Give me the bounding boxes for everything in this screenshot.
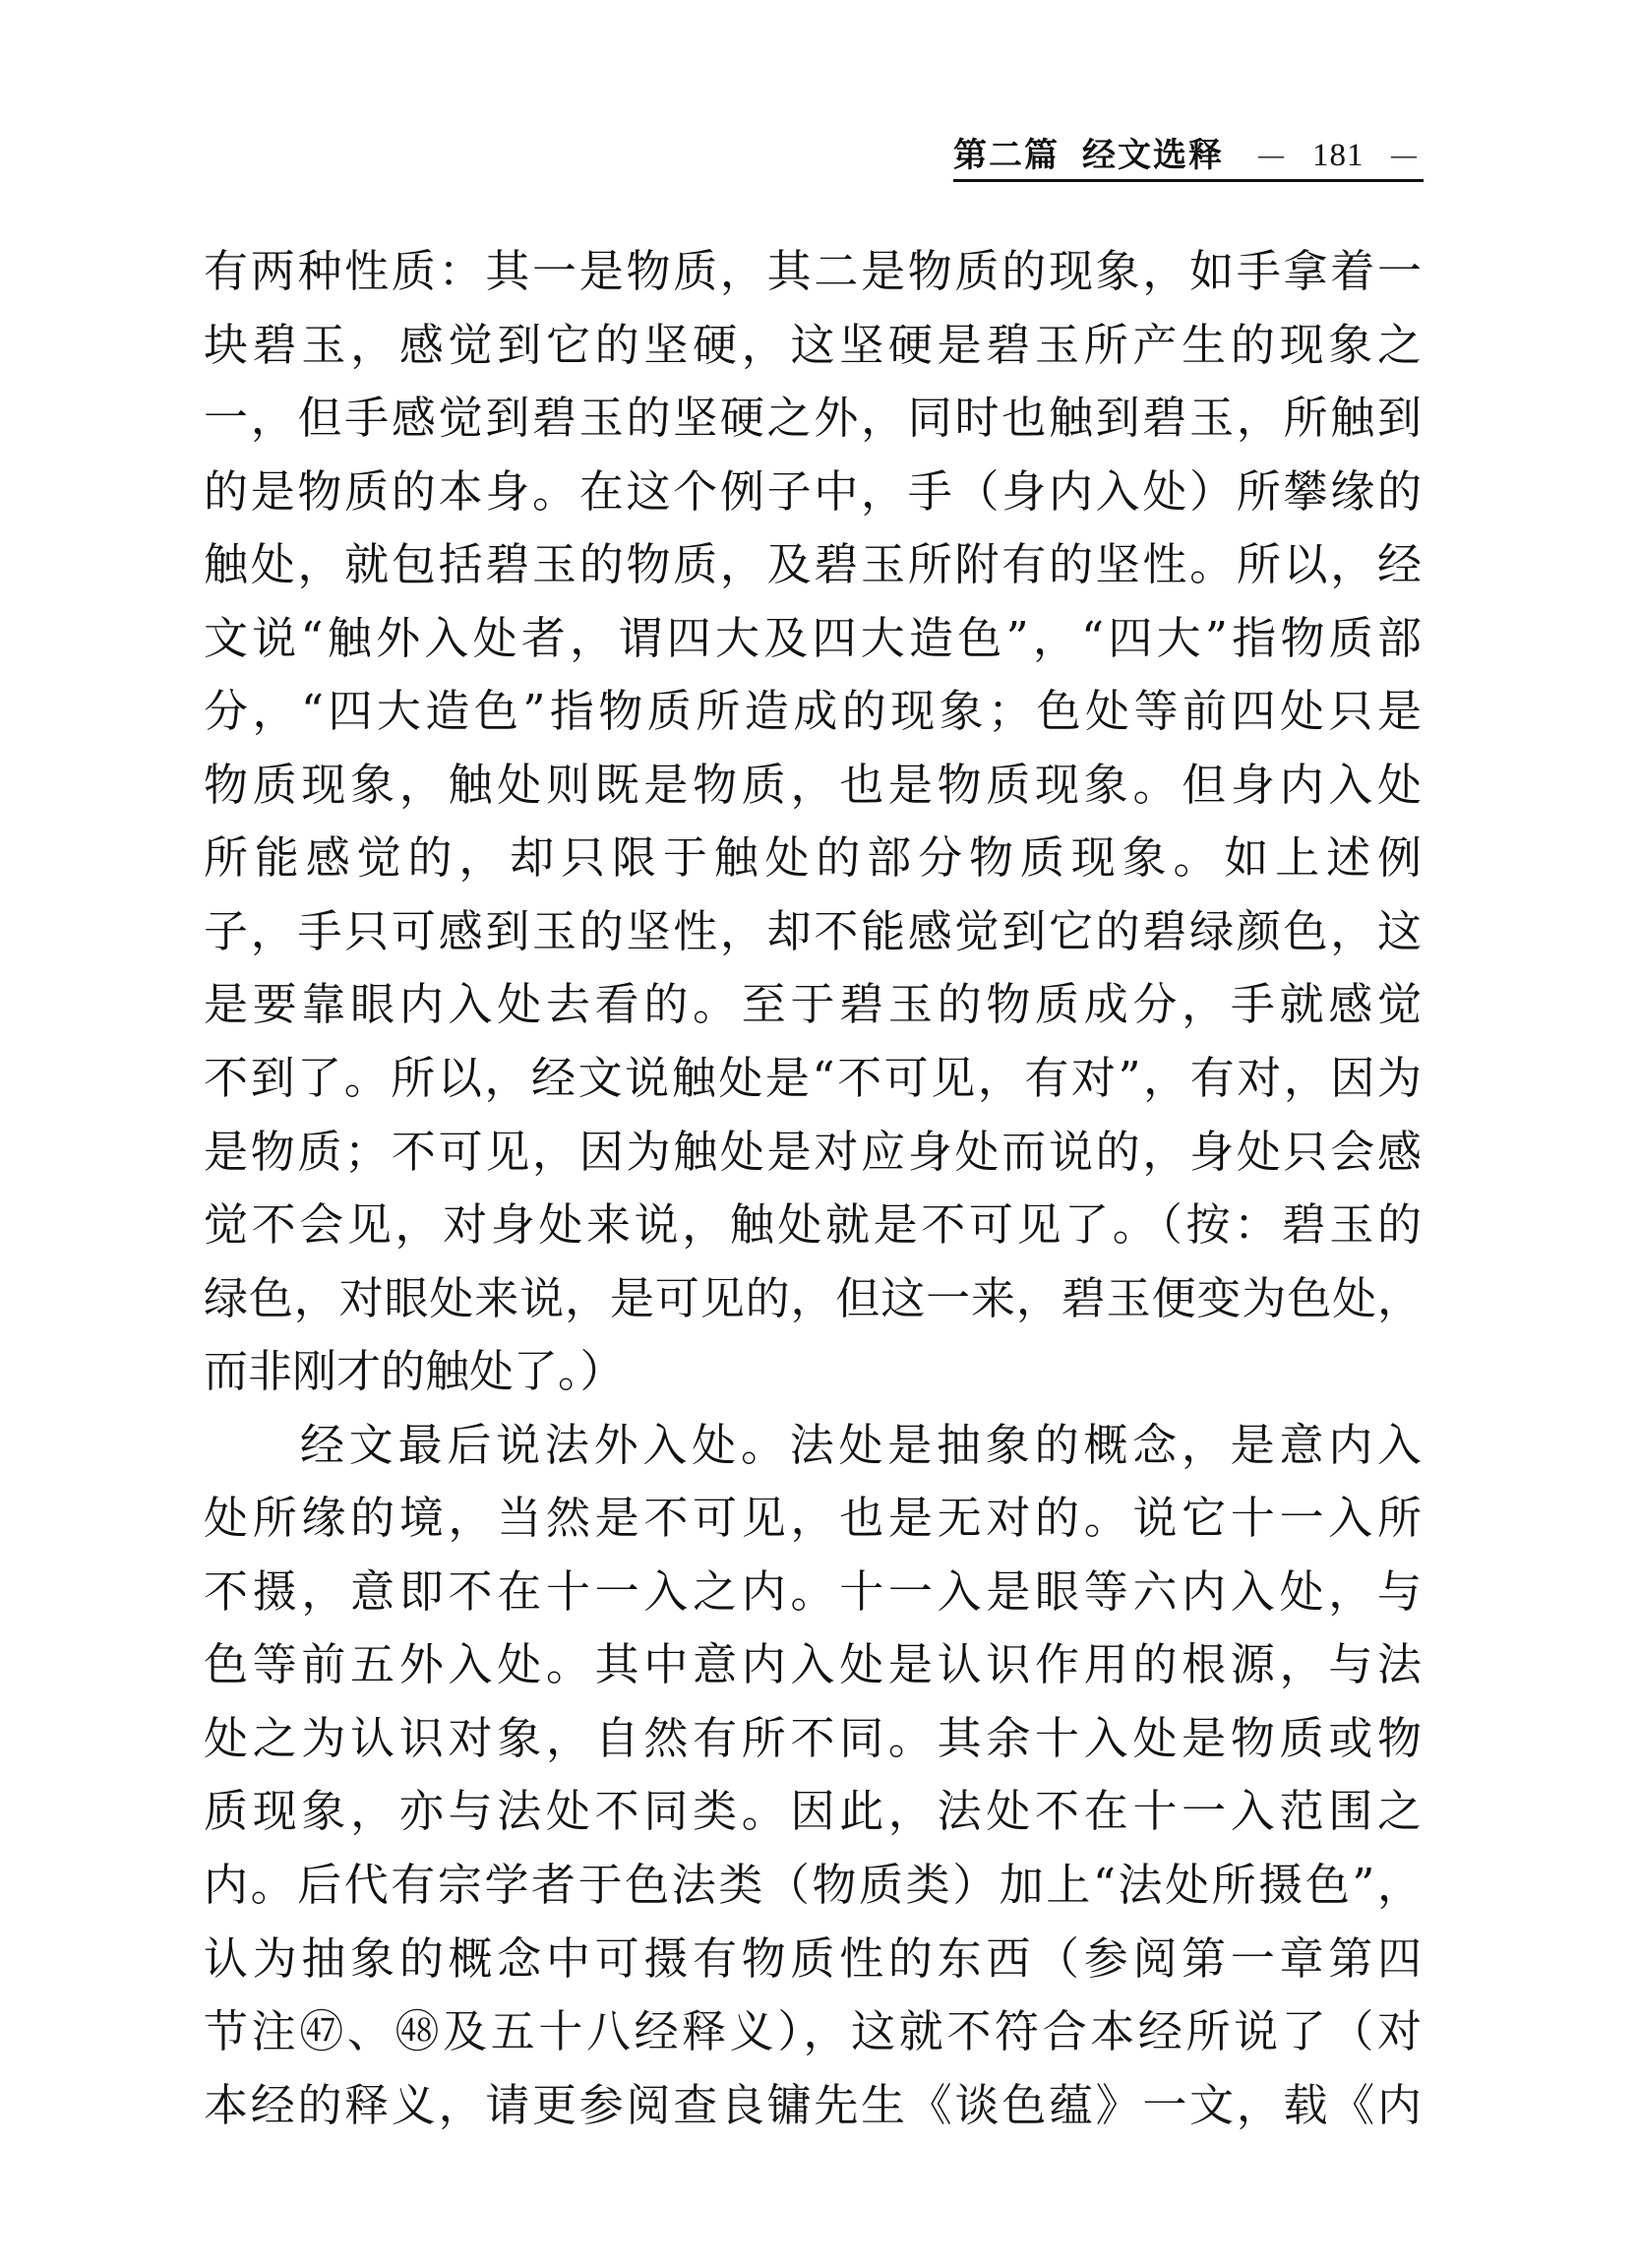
text-segment: 子，手只可感到玉的坚性，却不能感觉到它的碧绿颜色，这 [204, 905, 1422, 957]
text-segment: 是要靠眼内入处去看的。至于碧玉的物质成分，手就感觉 [204, 978, 1422, 1030]
page-number: 181 [1312, 136, 1364, 175]
annotation-segment: 参阅第一章第四 [1084, 1932, 1422, 1985]
text-line: 是要靠眼内入处去看的。至于碧玉的物质成分，手就感觉 [204, 968, 1422, 1042]
text-segment: 分，“四大造色”指物质所造成的现象；色处等前四处只是 [204, 685, 1422, 737]
text-line: 所能感觉的，却只限于触处的部分物质现象。如上述例 [204, 822, 1422, 895]
text-line: 文说“触外入处者，谓四大及四大造色”，“四大”指物质部 [204, 602, 1422, 676]
text-segment: 不到了。所以，经文说触处是“不可见，有对”，有对，因为 [204, 1052, 1422, 1104]
text-line: 认为抽象的概念中可摄有物质性的东西（参阅第一章第四 [204, 1923, 1422, 1996]
text-line: 是物质；不可见，因为触处是对应身处而说的，身处只会感 [204, 1116, 1422, 1190]
text-line: 触处，就包括碧玉的物质，及碧玉所附有的坚性。所以，经 [204, 528, 1422, 602]
part-label: 第二篇 [953, 136, 1060, 175]
book-page: 第二篇 经文选释 — 181 — 有两种性质：其一是物质，其二是物质的现象，如手… [0, 0, 1637, 2268]
text-segment: 有两种性质：其一是物质，其二是物质的现象，如手拿着一 [204, 245, 1422, 297]
text-line: 经文最后说法外入处。法处是抽象的概念，是意内入 [204, 1409, 1422, 1483]
paragraph: 经文最后说法外入处。法处是抽象的概念，是意内入 处所缘的境，当然是不可见，也是无… [204, 1409, 1422, 2142]
annotation-segment: 身内入处 [1001, 465, 1189, 518]
text-line: 有两种性质：其一是物质，其二是物质的现象，如手拿着一 [204, 235, 1422, 309]
text-line: 块碧玉，感觉到它的坚硬，这坚硬是碧玉所产生的现象之 [204, 309, 1422, 383]
text-line: 的是物质的本身。在这个例子中，手（身内入处）所攀缘的 [204, 456, 1422, 529]
part-title: 经文选释 [1082, 136, 1224, 175]
page-number-dash-right: — [1391, 136, 1417, 175]
paragraph-continued: 有两种性质：其一是物质，其二是物质的现象，如手拿着一 块碧玉，感觉到它的坚硬，这… [204, 235, 1422, 1409]
text-segment: 一，但手感觉到碧玉的坚硬之外，同时也触到碧玉，所触到 [204, 392, 1422, 444]
text-line: 本经的释义，请更参阅查良镛先生《谈色蕴》一文，载《内 [204, 2069, 1422, 2143]
annotation-segment: 而非刚才的触处了。） [204, 1345, 625, 1397]
text-line: 质现象，亦与法处不同类。因此，法处不在十一入范围之 [204, 1775, 1422, 1849]
text-line: 物质现象，触处则既是物质，也是物质现象。但身内入处 [204, 749, 1422, 823]
page-number-dash-left: — [1258, 136, 1284, 175]
text-segment: ），这就不符合本经所说了（ [777, 2005, 1377, 2057]
text-segment: 的是物质的本身。在这个例子中，手（ [204, 465, 1001, 518]
header-rule [953, 179, 1424, 182]
text-segment: 是物质；不可见，因为触处是对应身处而说的，身处只会感 [204, 1126, 1422, 1178]
text-line: 不摄，意即不在十一入之内。十一入是眼等六内入处，与 [204, 1556, 1422, 1629]
text-segment: 文说“触外入处者，谓四大及四大造色”，“四大”指物质部 [204, 612, 1422, 664]
text-line: 处所缘的境，当然是不可见，也是无对的。说它十一入所 [204, 1482, 1422, 1556]
text-segment: 块碧玉，感觉到它的坚硬，这坚硬是碧玉所产生的现象之 [204, 319, 1422, 371]
text-segment: 不摄，意即不在十一入之内。十一入是眼等六内入处，与 [204, 1565, 1422, 1618]
annotation-segment: 物质类 [812, 1859, 952, 1911]
text-segment: 内。后代有宗学者于色法类（ [204, 1859, 812, 1911]
text-segment: 触处，就包括碧玉的物质，及碧玉所附有的坚性。所以，经 [204, 538, 1422, 590]
annotation-segment: 对 [1377, 2005, 1422, 2057]
text-line: 内。后代有宗学者于色法类（物质类）加上“法处所摄色”， [204, 1849, 1422, 1923]
annotation-segment: 按：碧玉的 [1186, 1198, 1422, 1251]
text-line: 分，“四大造色”指物质所造成的现象；色处等前四处只是 [204, 675, 1422, 749]
text-line: 而非刚才的触处了。） [204, 1335, 1422, 1409]
text-line: 子，手只可感到玉的坚性，却不能感觉到它的碧绿颜色，这 [204, 895, 1422, 969]
annotation-segment: 节注㊼、㊽及五十八经释义 [204, 2005, 777, 2057]
text-segment: 色等前五外入处。其中意内入处是认识作用的根源，与法 [204, 1638, 1422, 1690]
text-segment: ）所攀缘的 [1189, 465, 1422, 518]
text-segment: 所能感觉的，却只限于触处的部分物质现象。如上述例 [204, 831, 1422, 884]
text-segment: 物质现象，触处则既是物质，也是物质现象。但身内入处 [204, 759, 1422, 811]
text-line: 觉不会见，对身处来说，触处就是不可见了。（按：碧玉的 [204, 1189, 1422, 1262]
text-line: 不到了。所以，经文说触处是“不可见，有对”，有对，因为 [204, 1042, 1422, 1116]
annotation-segment: 绿色，对眼处来说，是可见的，但这一来，碧玉便变为色处， [204, 1272, 1422, 1324]
text-segment: 觉不会见，对身处来说，触处就是不可见了。（ [204, 1198, 1186, 1251]
text-line: 节注㊼、㊽及五十八经释义），这就不符合本经所说了（对 [204, 1995, 1422, 2069]
body-text: 有两种性质：其一是物质，其二是物质的现象，如手拿着一 块碧玉，感觉到它的坚硬，这… [204, 235, 1422, 2142]
text-segment: 质现象，亦与法处不同类。因此，法处不在十一入范围之 [204, 1785, 1422, 1837]
text-segment: 经文最后说法外入处。法处是抽象的概念，是意内入 [300, 1419, 1422, 1471]
text-segment: 处所缘的境，当然是不可见，也是无对的。说它十一入所 [204, 1492, 1422, 1544]
text-line: 绿色，对眼处来说，是可见的，但这一来，碧玉便变为色处， [204, 1262, 1422, 1336]
text-segment: 处之为认识对象，自然有所不同。其余十入处是物质或物 [204, 1712, 1422, 1764]
text-line: 色等前五外入处。其中意内入处是认识作用的根源，与法 [204, 1628, 1422, 1702]
text-line: 一，但手感觉到碧玉的坚硬之外，同时也触到碧玉，所触到 [204, 382, 1422, 456]
annotation-segment: 本经的释义，请更参阅查良镛先生《谈色蕴》一文，载《内 [204, 2079, 1422, 2131]
text-segment: 认为抽象的概念中可摄有物质性的东西（ [204, 1932, 1084, 1985]
text-line: 处之为认识对象，自然有所不同。其余十入处是物质或物 [204, 1702, 1422, 1776]
text-segment: ）加上“法处所摄色”， [952, 1859, 1422, 1911]
